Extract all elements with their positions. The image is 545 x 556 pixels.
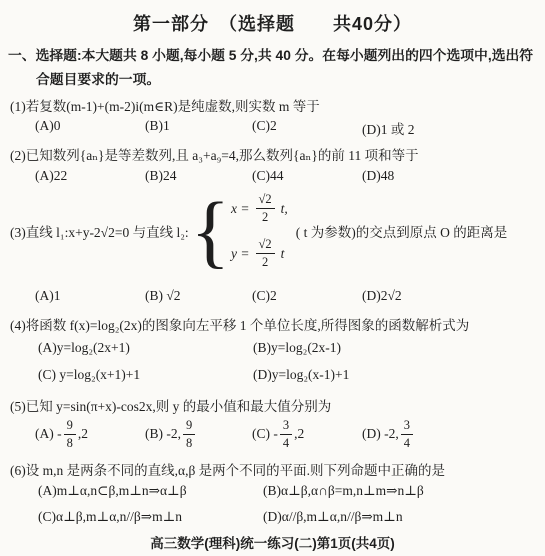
q3-option-b: (B) √2	[145, 288, 252, 304]
question-4-stem: (4)将函数 f(x)=log₂(2x)的图象向左平移 1 个单位长度,所得图象…	[10, 314, 540, 334]
q5-option-d: (D) -2, 3 4	[362, 418, 545, 451]
left-brace-glyph: {	[191, 196, 230, 266]
q5-option-b: (B) -2, 9 8	[145, 418, 252, 451]
question-5-options: (A) - 9 8 ,2 (B) -2, 9 8 (C) - 3 4 ,2 (D…	[0, 413, 545, 455]
q3-eq-x-tail: t,	[281, 201, 288, 217]
exam-paper-page: 第一部分 （选择题 共40分） 一、选择题:本大题共 8 小题,每小题 5 分,…	[0, 0, 545, 556]
q5-option-c: (C) - 3 4 ,2	[252, 418, 362, 451]
q5-option-a: (A) - 9 8 ,2	[35, 418, 145, 451]
q5-d-prefix: (D) -2,	[362, 426, 399, 442]
q5-b-prefix: (B) -2,	[145, 426, 181, 442]
q3-eq-y-tail: t	[281, 246, 285, 262]
q3-option-a: (A)1	[35, 288, 145, 304]
question-3-options: (A)1 (B) √2 (C)2 (D)2√2	[0, 288, 545, 304]
q6-option-b: (B)α⊥β,α∩β=m,n⊥m⇒n⊥β	[263, 483, 545, 499]
q5-b-fraction: 9 8	[183, 418, 195, 451]
fraction-numerator: 9	[183, 418, 195, 435]
q3-option-d: (D)2√2	[362, 288, 545, 304]
fraction-denominator: 8	[186, 435, 192, 451]
instructions: 一、选择题:本大题共 8 小题,每小题 5 分,共 40 分。在每小题列出的四个…	[8, 44, 540, 92]
q4-option-d: (D)y=log₂(x-1)+1	[253, 367, 545, 383]
question-6-options-row-2: (C)α⊥β,m⊥α,n//β⇒m⊥n (D)α//β,m⊥α,n//β⇒m⊥n	[0, 509, 545, 525]
q2-option-c: (C)44	[252, 168, 362, 184]
fraction-numerator: √2	[256, 192, 275, 209]
q6-option-a: (A)m⊥α,n⊂β,m⊥n⇒α⊥β	[38, 483, 263, 499]
q6-option-c: (C)α⊥β,m⊥α,n//β⇒m⊥n	[38, 509, 263, 525]
section-title: 第一部分 （选择题 共40分）	[0, 10, 545, 36]
q4-option-b: (B)y=log₂(2x-1)	[253, 340, 545, 356]
q5-c-fraction: 3 4	[280, 418, 292, 451]
q1-option-b: (B)1	[145, 118, 252, 138]
q3-stem-after: ( t 为参数)的交点到原点 O 的距离是	[296, 221, 508, 241]
question-6-stem: (6)设 m,n 是两条不同的直线,α,β 是两个不同的平面.则下列命题中正确的…	[10, 459, 540, 479]
q5-a-fraction: 9 8	[64, 418, 76, 451]
fraction-numerator: 3	[401, 418, 413, 435]
fraction-denominator: 4	[404, 435, 410, 451]
question-2-stem: (2)已知数列{aₙ}是等差数列,且 a₃+a₉=4,那么数列{aₙ}的前 11…	[10, 144, 540, 164]
q3-option-c: (C)2	[252, 288, 362, 304]
q3-parametric-system: x = √2 2 t, y = √2 2 t	[231, 192, 288, 270]
fraction-numerator: 3	[280, 418, 292, 435]
q2-option-d: (D)48	[362, 168, 545, 184]
fraction-denominator: 4	[283, 435, 289, 451]
question-2-options: (A)22 (B)24 (C)44 (D)48	[0, 168, 545, 184]
q2-option-a: (A)22	[35, 168, 145, 184]
fraction-numerator: √2	[256, 237, 275, 254]
question-5-stem: (5)已知 y=sin(π+x)-cos2x,则 y 的最小值和最大值分别为	[10, 395, 540, 415]
question-6-options-row-1: (A)m⊥α,n⊂β,m⊥n⇒α⊥β (B)α⊥β,α∩β=m,n⊥m⇒n⊥β	[0, 483, 545, 499]
q1-option-c: (C)2	[252, 118, 362, 138]
q5-d-fraction: 3 4	[401, 418, 413, 451]
fraction-denominator: 2	[262, 254, 268, 270]
q4-option-a: (A)y=log₂(2x+1)	[38, 340, 253, 356]
q5-c-suffix: ,2	[294, 426, 304, 442]
q3-eq-x-fraction: √2 2	[256, 192, 275, 225]
q3-eq-x-lhs: x =	[231, 201, 249, 217]
fraction-denominator: 2	[262, 209, 268, 225]
q1-option-d: (D)1 或 2	[362, 118, 545, 138]
q6-option-d: (D)α//β,m⊥α,n//β⇒m⊥n	[263, 509, 545, 525]
question-1-options: (A)0 (B)1 (C)2 (D)1 或 2	[0, 118, 545, 138]
q3-eq-y-lhs: y =	[231, 246, 249, 262]
q5-a-prefix: (A) -	[35, 426, 62, 442]
q3-eq-y-fraction: √2 2	[256, 237, 275, 270]
fraction-numerator: 9	[64, 418, 76, 435]
fraction-denominator: 8	[67, 435, 73, 451]
question-4-options-row-2: (C) y=log₂(x+1)+1 (D)y=log₂(x-1)+1	[0, 367, 545, 383]
instruction-line-1: 一、选择题:本大题共 8 小题,每小题 5 分,共 40 分。在每小题列出的四个…	[8, 44, 540, 68]
instruction-line-2: 合题目要求的一项。	[8, 68, 540, 92]
question-3-stem: (3)直线 l₁:x+y-2√2=0 与直线 l₂: { x = √2 2 t,…	[10, 192, 545, 270]
question-1-stem: (1)若复数(m-1)+(m-2)i(m∈R)是纯虚数,则实数 m 等于	[10, 95, 540, 115]
q2-option-b: (B)24	[145, 168, 252, 184]
page-footer: 高三数学(理科)统一练习(二)第1页(共4页)	[0, 532, 545, 552]
question-4-options-row-1: (A)y=log₂(2x+1) (B)y=log₂(2x-1)	[0, 340, 545, 356]
q3-equation-x: x = √2 2 t,	[231, 192, 288, 225]
q4-option-c: (C) y=log₂(x+1)+1	[38, 367, 253, 383]
q3-equation-y: y = √2 2 t	[231, 237, 288, 270]
q3-stem-before: (3)直线 l₁:x+y-2√2=0 与直线 l₂:	[10, 221, 189, 241]
q5-a-suffix: ,2	[78, 426, 88, 442]
q1-option-a: (A)0	[35, 118, 145, 138]
q5-c-prefix: (C) -	[252, 426, 278, 442]
